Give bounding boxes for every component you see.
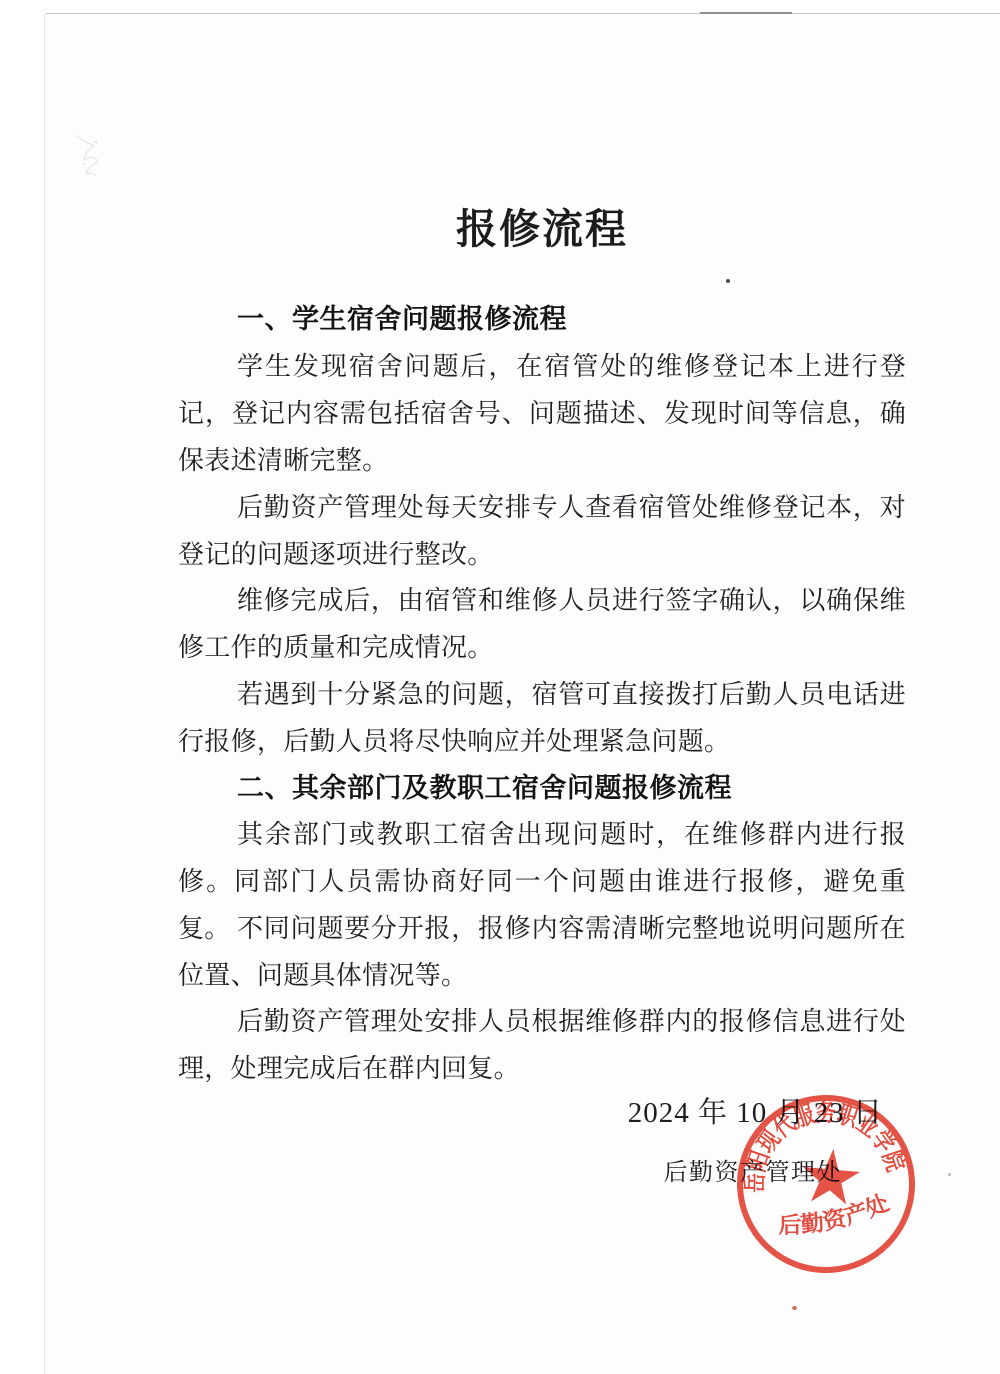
section-1-paragraph-1: 学生发现宿舍问题后，在宿管处的维修登记本上进行登记，登记内容需包括宿舍号、问题描… — [178, 344, 906, 484]
section-1-paragraph-4: 若遇到十分紧急的问题，宿管可直接拨打后勤人员电话进行报修，后勤人员将尽快响应并处… — [178, 672, 906, 766]
star-icon — [800, 1146, 862, 1205]
official-seal-stamp: 岳阳现代服务职业学院 后勤资产处 — [719, 1077, 933, 1291]
document-title: 报修流程 — [178, 196, 906, 255]
section-1-paragraph-3: 维修完成后，由宿管和维修人员进行签字确认，以确保维修工作的质量和完成情况。 — [178, 578, 906, 672]
svg-text:后勤资产处: 后勤资产处 — [776, 1189, 894, 1238]
section-1-paragraph-2: 后勤资产管理处每天安排专人查看宿管处维修登记本，对登记的问题逐项进行整改。 — [178, 485, 906, 579]
section-2-heading: 二、其余部门及教职工宿舍问题报修流程 — [178, 765, 906, 812]
section-2-paragraph-2: 不同问题要分开报，报修内容需清晰完整地说明问题所在位置、问题具体情况等。 — [178, 906, 906, 1000]
scanned-document-page: 报修流程 一、学生宿舍问题报修流程 学生发现宿舍问题后，在宿管处的维修登记本上进… — [0, 0, 1000, 1374]
stamp-bottom-text: 后勤资产处 — [776, 1189, 894, 1238]
section-2-paragraph-3: 后勤资产管理处安排人员根据维修群内的报修信息进行处理，处理完成后在群内回复。 — [178, 999, 906, 1093]
section-1-heading: 一、学生宿舍问题报修流程 — [178, 296, 906, 343]
